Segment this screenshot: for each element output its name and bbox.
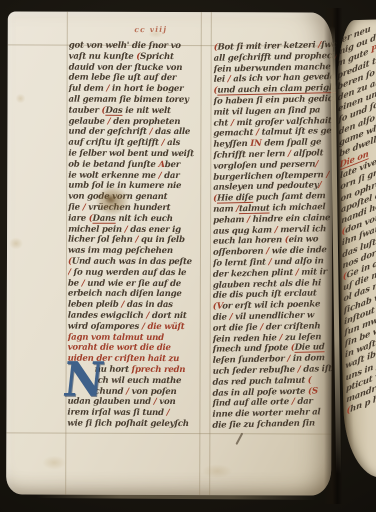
manuscript-text-line: landes ewigclich / dort nit xyxy=(68,311,199,322)
manuscript-text-line: ſul dem / in hort ie boger xyxy=(69,84,200,95)
manuscript-text-line: dauid von der ſtucke von xyxy=(69,62,200,73)
manuscript-text-line: umb ſol ie in kumere nie xyxy=(68,181,199,192)
pen-trial-mark xyxy=(235,433,243,445)
manuscript-text-line: was im mag peſchehen xyxy=(68,246,199,257)
manuscript-text-line: vaſt nu kunſte (Spricht xyxy=(69,51,200,62)
manuscript-text-line: ie wolt erkenne me / dar xyxy=(68,170,199,181)
ruling-line-bottom xyxy=(6,432,331,434)
manuscript-text-line: ob ie betand ſunſte Aber xyxy=(68,159,199,170)
blue-initial-letter: N xyxy=(61,357,106,405)
facing-page-text: der neumig ou dom gute Ppredait tberen ſ… xyxy=(336,19,376,416)
parchment-spot xyxy=(9,237,23,249)
manuscript-text-line: licher ſol ſehn / qu in ſelb xyxy=(68,235,199,246)
manuscript-text-line: / ſo nug werden auf das le xyxy=(68,267,199,278)
manuscript-text-line: ſagn vom talmut und xyxy=(68,332,199,343)
manuscript-text-line: die ſie zu ſchanden ſin xyxy=(212,418,335,432)
manuscript-text-line: iare (Dans nit ich euch xyxy=(68,213,199,224)
manuscript-text-line: (Und auch was in das peſte xyxy=(68,257,199,268)
manuscript-text-line: wird oſampores / die wüſt xyxy=(68,321,199,332)
manuscript-text-line: gelaube / den propheten xyxy=(68,116,199,127)
manuscript-text-line: be / und wie er ſie auf de xyxy=(68,278,199,289)
manuscript-text-line: dem lebe ſie uſt auf der xyxy=(69,73,200,84)
parchment-spot xyxy=(42,456,66,470)
manuscript-text-line: michel pein / das ener ig xyxy=(68,224,199,235)
manuscript-text-line: und der geſchrift / das alle xyxy=(68,127,199,138)
parchment-spot xyxy=(202,464,232,478)
parchment-spot xyxy=(16,93,26,103)
manuscript-text-line: auf criſtu iſt geſtifft / als xyxy=(68,138,199,149)
left-page: cc viij got von welh' die ſnor vovaſt nu… xyxy=(6,11,333,495)
text-column-right: (Bot ſi mit irer ketzeri /ſwchall geſchr… xyxy=(212,40,336,431)
manuscript-text-line: ie ſelber wol bent und weiſt xyxy=(68,149,199,160)
manuscript-text-line: tauber (Das ie nit welt xyxy=(68,105,199,116)
manuscript-text-line: erbeich nach diſen lange xyxy=(68,289,199,300)
manuscript-text-line: wie ſi ſich poſhait geleyſch xyxy=(67,419,198,430)
folio-number: cc viij xyxy=(121,25,181,35)
manuscript-text-line: all gemam ſie bimen torey xyxy=(69,95,200,106)
manuscript-photo: cc viij got von welh' die ſnor vovaſt nu… xyxy=(0,0,376,512)
manuscript-text-line: got von welh' die ſnor vo xyxy=(69,41,200,52)
manuscript-text-line: von gode vorn genant xyxy=(68,192,199,203)
manuscript-text-line: ſie / vrüechen hundert xyxy=(68,203,199,214)
manuscript-text-line: leben pleib / das in das xyxy=(68,300,199,311)
manuscript-text-line: irem irſal was ſi tund / xyxy=(67,408,198,419)
